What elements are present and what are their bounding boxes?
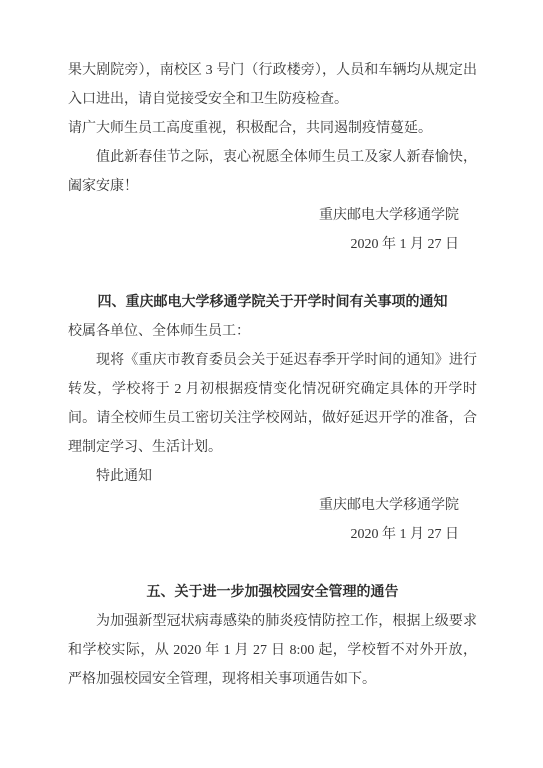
document-page: 果大剧院旁），南校区 3 号门（行政楼旁），人员和车辆均从规定出入口进出，请自觉… xyxy=(0,0,543,768)
signature-line: 重庆邮电大学移通学院 xyxy=(68,491,477,520)
date-line: 2020 年 1 月 27 日 xyxy=(68,520,477,549)
section-heading-5: 五、关于进一步加强校园安全管理的通告 xyxy=(68,578,477,607)
paragraph-continuation: 果大剧院旁），南校区 3 号门（行政楼旁），人员和车辆均从规定出入口进出，请自觉… xyxy=(68,56,477,114)
paragraph: 现将《重庆市教育委员会关于延迟春季开学时间的通知》进行转发，学校将于 2 月初根… xyxy=(68,346,477,462)
paragraph: 请广大师生员工高度重视，积极配合，共同遏制疫情蔓延。 xyxy=(68,114,477,143)
signature-line: 重庆邮电大学移通学院 xyxy=(68,201,477,230)
date-line: 2020 年 1 月 27 日 xyxy=(68,230,477,259)
notice-closing-line: 特此通知 xyxy=(68,462,477,491)
section-heading-4: 四、重庆邮电大学移通学院关于开学时间有关事项的通知 xyxy=(68,288,477,317)
paragraph: 为加强新型冠状病毒感染的肺炎疫情防控工作，根据上级要求和学校实际，从 2020 … xyxy=(68,607,477,694)
salutation-line: 校属各单位、全体师生员工： xyxy=(68,317,477,346)
paragraph: 值此新春佳节之际，衷心祝愿全体师生员工及家人新春愉快，阖家安康！ xyxy=(68,143,477,201)
